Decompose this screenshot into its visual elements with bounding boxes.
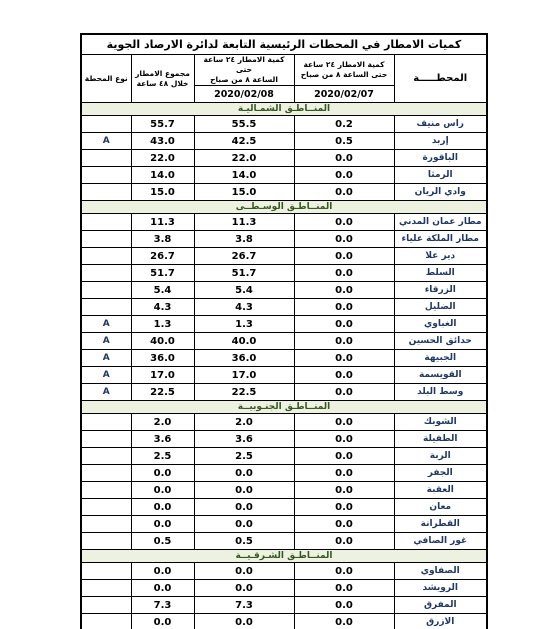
rain-07-value-cell: 0.0 <box>294 384 394 401</box>
table-row: دير علا0.026.726.7 <box>81 248 487 265</box>
section-header-row: المنــاطـق الشـرقـيــة <box>81 550 487 563</box>
rain-08-value-cell: 0.5 <box>194 533 294 550</box>
station-name-cell: القطرانة <box>394 516 487 533</box>
station-name-cell: الضليل <box>394 299 487 316</box>
rain-07-column-header: كمية الامطار ٢٤ ساعة حتى الساعة ٨ من صبا… <box>294 55 394 86</box>
rain-07-value-cell: 0.0 <box>294 299 394 316</box>
total-value-cell: 0.5 <box>131 533 194 550</box>
rain-08-value-cell: 14.0 <box>194 167 294 184</box>
section-header-row: المنــاطـق الجنـوبيــة <box>81 401 487 414</box>
station-name-cell: دير علا <box>394 248 487 265</box>
table-row: الازرق0.00.00.0 <box>81 614 487 629</box>
column-header-row: المحطـــــة كمية الامطار ٢٤ ساعة حتى الس… <box>81 55 487 86</box>
rain-07-value-cell: 0.5 <box>294 133 394 150</box>
table-row: الطفيلة0.03.63.6 <box>81 431 487 448</box>
table-row: وسط البلد0.022.522.5A <box>81 384 487 401</box>
rain-08-label-line2: الساعة ٨ من صباح <box>210 75 278 84</box>
table-row: راس منيف0.255.555.7 <box>81 116 487 133</box>
rain-08-value-cell: 11.3 <box>194 214 294 231</box>
station-type-column-header: نوع المحطة <box>81 55 131 103</box>
table-row: الغباوي0.01.31.3A <box>81 316 487 333</box>
station-name-cell: الجفر <box>394 465 487 482</box>
report-title: كميات الامطار في المحطات الرئيسية التابع… <box>81 34 487 55</box>
station-type-cell <box>81 580 131 597</box>
station-type-cell: A <box>81 133 131 150</box>
date-07-cell: 2020/02/07 <box>294 86 394 103</box>
rain-07-value-cell: 0.0 <box>294 316 394 333</box>
station-type-cell: A <box>81 350 131 367</box>
station-type-cell <box>81 299 131 316</box>
rain-07-value-cell: 0.0 <box>294 265 394 282</box>
table-row: الربة0.02.52.5 <box>81 448 487 465</box>
table-row: القطرانة0.00.00.0 <box>81 516 487 533</box>
total-value-cell: 0.0 <box>131 580 194 597</box>
station-type-cell <box>81 116 131 133</box>
total-label-line1: مجموع الامطار <box>135 69 190 78</box>
rain-07-value-cell: 0.0 <box>294 414 394 431</box>
station-type-cell: A <box>81 333 131 350</box>
rain-08-value-cell: 15.0 <box>194 184 294 201</box>
rain-07-value-cell: 0.0 <box>294 533 394 550</box>
rain-08-value-cell: 7.3 <box>194 597 294 614</box>
total-value-cell: 0.0 <box>131 499 194 516</box>
rain-08-value-cell: 0.0 <box>194 580 294 597</box>
station-name-cell: الصفاوي <box>394 563 487 580</box>
table-row: حدائق الحسين0.040.040.0A <box>81 333 487 350</box>
rain-07-value-cell: 0.2 <box>294 116 394 133</box>
rain-07-value-cell: 0.0 <box>294 597 394 614</box>
station-name-cell: حدائق الحسين <box>394 333 487 350</box>
rain-08-value-cell: 0.0 <box>194 516 294 533</box>
station-name-cell: وادي الريان <box>394 184 487 201</box>
station-type-cell <box>81 448 131 465</box>
report-page: كميات الامطار في المحطات الرئيسية التابع… <box>0 0 536 629</box>
table-row: الجفر0.00.00.0 <box>81 465 487 482</box>
rain-08-value-cell: 1.3 <box>194 316 294 333</box>
rain-08-value-cell: 42.5 <box>194 133 294 150</box>
rain-08-value-cell: 0.0 <box>194 482 294 499</box>
station-type-cell <box>81 282 131 299</box>
rain-08-value-cell: 22.5 <box>194 384 294 401</box>
station-name-cell: الربة <box>394 448 487 465</box>
total-value-cell: 2.5 <box>131 448 194 465</box>
total-value-cell: 1.3 <box>131 316 194 333</box>
table-row: معان0.00.00.0 <box>81 499 487 516</box>
station-type-cell <box>81 465 131 482</box>
table-row: المفرق0.07.37.3 <box>81 597 487 614</box>
station-name-cell: الطفيلة <box>394 431 487 448</box>
section-header-row: المنــاطـق الشمـاليـة <box>81 103 487 116</box>
section-header: المنــاطـق الوسـطــى <box>81 201 487 214</box>
rain-07-value-cell: 0.0 <box>294 231 394 248</box>
total-value-cell: 4.3 <box>131 299 194 316</box>
rain-07-value-cell: 0.0 <box>294 248 394 265</box>
station-type-cell <box>81 184 131 201</box>
section-header: المنــاطـق الشمـاليـة <box>81 103 487 116</box>
section-header-row: المنــاطـق الوسـطــى <box>81 201 487 214</box>
rain-08-value-cell: 0.0 <box>194 465 294 482</box>
table-row: غور الصافي0.00.50.5 <box>81 533 487 550</box>
station-type-cell <box>81 167 131 184</box>
rain-08-value-cell: 4.3 <box>194 299 294 316</box>
table-row: الرويشد0.00.00.0 <box>81 580 487 597</box>
station-type-cell <box>81 533 131 550</box>
rain-07-label-line1: كمية الامطار ٢٤ ساعة <box>303 60 384 69</box>
station-type-cell <box>81 431 131 448</box>
station-type-cell: A <box>81 384 131 401</box>
station-name-cell: غور الصافي <box>394 533 487 550</box>
total-value-cell: 26.7 <box>131 248 194 265</box>
total-value-cell: 0.0 <box>131 465 194 482</box>
station-type-cell <box>81 499 131 516</box>
rain-08-value-cell: 51.7 <box>194 265 294 282</box>
station-name-cell: الرمثا <box>394 167 487 184</box>
rain-08-value-cell: 22.0 <box>194 150 294 167</box>
table-row: القويسمة0.017.017.0A <box>81 367 487 384</box>
rain-07-value-cell: 0.0 <box>294 282 394 299</box>
rain-07-value-cell: 0.0 <box>294 499 394 516</box>
total-value-cell: 7.3 <box>131 597 194 614</box>
total-value-cell: 2.0 <box>131 414 194 431</box>
station-name-cell: الجبيهة <box>394 350 487 367</box>
table-row: الصفاوي0.00.00.0 <box>81 563 487 580</box>
rain-07-value-cell: 0.0 <box>294 516 394 533</box>
total-value-cell: 17.0 <box>131 367 194 384</box>
station-name-cell: الزرقاء <box>394 282 487 299</box>
rain-08-value-cell: 3.8 <box>194 231 294 248</box>
rain-08-value-cell: 0.0 <box>194 563 294 580</box>
rain-07-value-cell: 0.0 <box>294 167 394 184</box>
station-type-cell <box>81 248 131 265</box>
rain-08-value-cell: 40.0 <box>194 333 294 350</box>
rain-07-value-cell: 0.0 <box>294 150 394 167</box>
table-row: الضليل0.04.34.3 <box>81 299 487 316</box>
rain-08-value-cell: 2.5 <box>194 448 294 465</box>
station-name-cell: المفرق <box>394 597 487 614</box>
table-row: الجبيهة0.036.036.0A <box>81 350 487 367</box>
station-type-cell <box>81 614 131 629</box>
rainfall-table: كميات الامطار في المحطات الرئيسية التابع… <box>80 33 488 629</box>
total-value-cell: 43.0 <box>131 133 194 150</box>
total-value-cell: 40.0 <box>131 333 194 350</box>
total-value-cell: 0.0 <box>131 614 194 629</box>
station-type-cell: A <box>81 367 131 384</box>
date-08-cell: 2020/02/08 <box>194 86 294 103</box>
rain-07-value-cell: 0.0 <box>294 431 394 448</box>
rain-07-value-cell: 0.0 <box>294 580 394 597</box>
table-row: الباقورة0.022.022.0 <box>81 150 487 167</box>
total-value-cell: 22.0 <box>131 150 194 167</box>
rain-08-value-cell: 36.0 <box>194 350 294 367</box>
rain-08-value-cell: 3.6 <box>194 431 294 448</box>
rain-07-value-cell: 0.0 <box>294 465 394 482</box>
rain-08-value-cell: 2.0 <box>194 414 294 431</box>
rain-08-value-cell: 17.0 <box>194 367 294 384</box>
table-row: مطار الملكة علياء0.03.83.8 <box>81 231 487 248</box>
station-name-cell: راس منيف <box>394 116 487 133</box>
station-name-cell: وسط البلد <box>394 384 487 401</box>
total-value-cell: 3.8 <box>131 231 194 248</box>
rain-08-value-cell: 0.0 <box>194 614 294 629</box>
total-label-line2: خلال ٤٨ ساعة <box>137 79 189 88</box>
station-name-cell: الرويشد <box>394 580 487 597</box>
rain-07-label-line2: حتى الساعة ٨ من صباح <box>301 70 388 79</box>
station-type-cell <box>81 150 131 167</box>
total-column-header: مجموع الامطار خلال ٤٨ ساعة <box>131 55 194 103</box>
station-name-cell: مطار الملكة علياء <box>394 231 487 248</box>
table-body: المنــاطـق الشمـاليـةراس منيف0.255.555.7… <box>81 103 487 629</box>
total-value-cell: 11.3 <box>131 214 194 231</box>
table-row: وادي الريان0.015.015.0 <box>81 184 487 201</box>
total-value-cell: 36.0 <box>131 350 194 367</box>
rain-08-column-header: كمية الامطار ٢٤ ساعة حتى الساعة ٨ من صبا… <box>194 55 294 86</box>
station-name-cell: السلط <box>394 265 487 282</box>
station-type-cell <box>81 414 131 431</box>
station-name-cell: الازرق <box>394 614 487 629</box>
rain-07-value-cell: 0.0 <box>294 350 394 367</box>
section-header: المنــاطـق الجنـوبيــة <box>81 401 487 414</box>
rain-07-value-cell: 0.0 <box>294 184 394 201</box>
station-type-cell <box>81 214 131 231</box>
station-name-cell: الشوبك <box>394 414 487 431</box>
station-name-cell: الباقورة <box>394 150 487 167</box>
station-type-cell <box>81 563 131 580</box>
rain-08-value-cell: 0.0 <box>194 499 294 516</box>
table-row: إربد0.542.543.0A <box>81 133 487 150</box>
section-header: المنــاطـق الشـرقـيــة <box>81 550 487 563</box>
rain-07-value-cell: 0.0 <box>294 367 394 384</box>
total-value-cell: 0.0 <box>131 516 194 533</box>
station-type-cell <box>81 231 131 248</box>
station-name-cell: القويسمة <box>394 367 487 384</box>
station-name-cell: العقبة <box>394 482 487 499</box>
title-row: كميات الامطار في المحطات الرئيسية التابع… <box>81 34 487 55</box>
total-value-cell: 0.0 <box>131 482 194 499</box>
station-type-cell <box>81 265 131 282</box>
table-row: السلط0.051.751.7 <box>81 265 487 282</box>
total-value-cell: 15.0 <box>131 184 194 201</box>
station-type-cell <box>81 516 131 533</box>
table-row: الشوبك0.02.02.0 <box>81 414 487 431</box>
rain-08-label-line1: كمية الامطار ٢٤ ساعة حتى <box>203 55 284 74</box>
rain-08-value-cell: 55.5 <box>194 116 294 133</box>
rain-07-value-cell: 0.0 <box>294 563 394 580</box>
table-row: الرمثا0.014.014.0 <box>81 167 487 184</box>
station-name-cell: الغباوي <box>394 316 487 333</box>
total-value-cell: 51.7 <box>131 265 194 282</box>
total-value-cell: 0.0 <box>131 563 194 580</box>
station-type-cell <box>81 482 131 499</box>
rain-07-value-cell: 0.0 <box>294 214 394 231</box>
table-row: مطار عمان المدني0.011.311.3 <box>81 214 487 231</box>
total-value-cell: 3.6 <box>131 431 194 448</box>
total-value-cell: 14.0 <box>131 167 194 184</box>
station-name-cell: إربد <box>394 133 487 150</box>
table-row: العقبة0.00.00.0 <box>81 482 487 499</box>
station-name-cell: معان <box>394 499 487 516</box>
rain-07-value-cell: 0.0 <box>294 482 394 499</box>
station-name-cell: مطار عمان المدني <box>394 214 487 231</box>
table-row: الزرقاء0.05.45.4 <box>81 282 487 299</box>
station-type-cell: A <box>81 316 131 333</box>
station-type-cell <box>81 597 131 614</box>
rain-07-value-cell: 0.0 <box>294 333 394 350</box>
station-column-header: المحطـــــة <box>394 55 487 103</box>
rain-08-value-cell: 26.7 <box>194 248 294 265</box>
total-value-cell: 5.4 <box>131 282 194 299</box>
rain-07-value-cell: 0.0 <box>294 614 394 629</box>
rain-08-value-cell: 5.4 <box>194 282 294 299</box>
total-value-cell: 22.5 <box>131 384 194 401</box>
rain-07-value-cell: 0.0 <box>294 448 394 465</box>
total-value-cell: 55.7 <box>131 116 194 133</box>
